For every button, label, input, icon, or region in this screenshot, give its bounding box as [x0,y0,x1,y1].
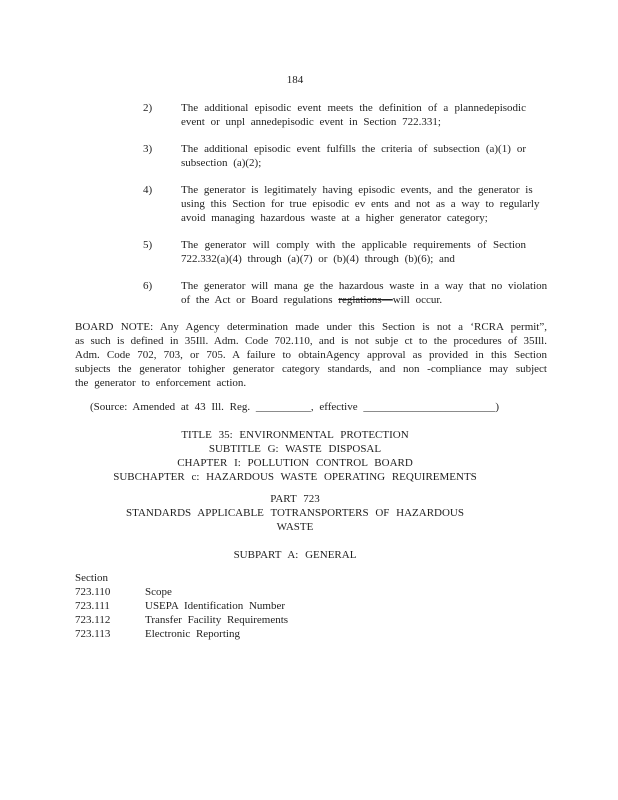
section-row: 723.113 Electronic Reporting [75,627,618,641]
section-row: 723.112 Transfer Facility Requirements [75,613,618,627]
section-number: 723.112 [75,613,145,627]
item-line-segment: of the Act or Board regulations [181,294,338,306]
subchapter-line: SUBCHAPTER c: HAZARDOUS WASTE OPERATING … [0,470,590,484]
section-list-heading: Section [75,571,618,585]
source-line: (Source: Amended at 43 Ill. Reg. _______… [90,400,618,414]
part-heading-block: PART 723 STANDARDS APPLICABLE TOTRANSPOR… [0,492,618,534]
part-title-line: STANDARDS APPLICABLE TOTRANSPORTERS OF H… [0,506,590,520]
board-note: BOARD NOTE: Any Agency determination mad… [75,320,547,390]
item-text: The generator will mana ge the hazardous… [181,279,526,307]
strikethrough-text: reglations— [338,294,392,306]
item-line: The additional episodic event meets the … [181,101,526,115]
item-line: subsection (a)(2); [181,156,526,170]
section-title: Scope [145,585,172,599]
board-note-line: Adm. Code 702, 703, or 705. A failure to… [75,348,547,362]
item-line: event or unpl annedepisodic event in Sec… [181,115,526,129]
section-title: Transfer Facility Requirements [145,613,288,627]
title-line: TITLE 35: ENVIRONMENTAL PROTECTION [0,428,590,442]
item-line: avoid managing hazardous waste at a high… [181,211,526,225]
item-text: The generator is legitimately having epi… [181,183,526,225]
item-text: The additional episodic event fulfills t… [181,142,526,170]
board-note-line: subjects the generator tohigher generato… [75,362,547,376]
item-line: The generator will mana ge the hazardous… [181,279,526,293]
part-title-line: WASTE [0,520,590,534]
section-title: USEPA Identification Number [145,599,285,613]
page-number: 184 [0,73,590,87]
section-title: Electronic Reporting [145,627,240,641]
item-line: The additional episodic event fulfills t… [181,142,526,156]
item-line: using this Section for true episodic ev … [181,197,526,211]
section-number: 723.110 [75,585,145,599]
section-row: 723.111 USEPA Identification Number [75,599,618,613]
board-note-line: as such is defined in 35Ill. Adm. Code 7… [75,334,547,348]
board-note-line: the generator to enforcement action. [75,376,547,390]
section-number: 723.111 [75,599,145,613]
section-row: 723.110 Scope [75,585,618,599]
item-line-segment: will occur. [393,294,442,306]
item-number: 4) [143,183,181,225]
subtitle-line: SUBTITLE G: WASTE DISPOSAL [0,442,590,456]
chapter-line: CHAPTER I: POLLUTION CONTROL BOARD [0,456,590,470]
section-number: 723.113 [75,627,145,641]
list-item-2: 2) The additional episodic event meets t… [143,101,618,129]
list-item-6: 6) The generator will mana ge the hazard… [143,279,618,307]
title-block: TITLE 35: ENVIRONMENTAL PROTECTION SUBTI… [0,428,618,484]
item-text: The additional episodic event meets the … [181,101,526,129]
list-item-5: 5) The generator will comply with the ap… [143,238,618,266]
board-note-line: BOARD NOTE: Any Agency determination mad… [75,320,547,334]
list-item-4: 4) The generator is legitimately having … [143,183,618,225]
item-line: The generator will comply with the appli… [181,238,526,252]
item-line: 722.332(a)(4) through (a)(7) or (b)(4) t… [181,252,526,266]
subpart-heading: SUBPART A: GENERAL [0,548,590,562]
item-line: of the Act or Board regulations reglatio… [181,293,526,307]
item-number: 3) [143,142,181,170]
list-item-3: 3) The additional episodic event fulfill… [143,142,618,170]
item-number: 2) [143,101,181,129]
part-number-line: PART 723 [0,492,590,506]
document-page: 184 2) The additional episodic event mee… [0,0,618,800]
item-number: 5) [143,238,181,266]
item-number: 6) [143,279,181,307]
item-text: The generator will comply with the appli… [181,238,526,266]
section-list: Section 723.110 Scope 723.111 USEPA Iden… [75,571,618,641]
item-line: The generator is legitimately having epi… [181,183,526,197]
